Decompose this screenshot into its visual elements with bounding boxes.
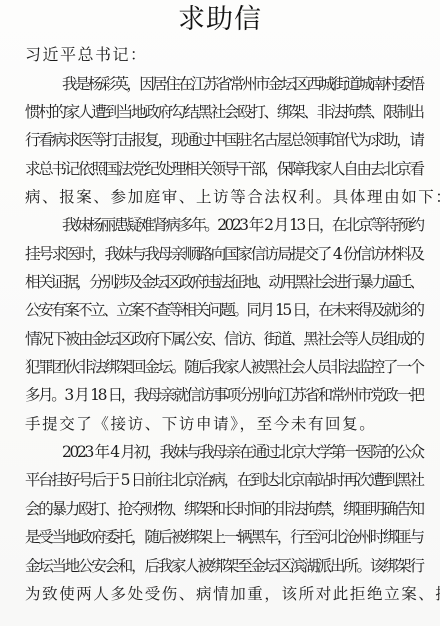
text-line: 会的暴力殴打、抢夺财物、绑架和长时间的非法拘禁，绑匪明确告知 <box>25 498 425 520</box>
text-line: 是受当地政府委托，随后被绑架上一辆黑车，行至河北沧州时绑匪与 <box>25 526 425 548</box>
text-line: 惯村的家人遭到当地政府勾结黑社会殴打、绑架、非法拘禁、限制出 <box>25 101 425 123</box>
text-line: 多月。3 月 18 日，我母亲就信访事项分别向江苏省和常州市党政一把 <box>25 384 425 406</box>
text-line: 手提交了《接访、下访申请》，至今未有回复。 <box>25 413 425 435</box>
salutation: 习近平总书记： <box>25 44 148 66</box>
text-line: 犯罪团伙非法绑架回金坛。随后我家人被黑社会人员非法监控了一个 <box>25 356 425 378</box>
letter-page: 求助信 习近平总书记： 我是杨彩英，因居住在江苏省常州市金坛区西城街道城南村委悟… <box>0 0 440 626</box>
text-line: 公安有案不立、立案不查等相关问题。同月 15 日，在未来得及就诊的 <box>25 299 425 321</box>
text-line: 我是杨彩英，因居住在江苏省常州市金坛区西城街道城南村委悟 <box>62 73 425 95</box>
text-line: 为致使两人多处受伤、病情加重，该所对此拒绝立案、拒绝验伤。 <box>25 583 425 605</box>
letter-title: 求助信 <box>0 3 440 37</box>
text-line: 病、报案、参加庭审、上访等合法权利。具体理由如下： <box>25 186 425 208</box>
text-line: 金坛当地公安会和，后我家人被绑架至金坛区滨湖派出所。该绑架行 <box>25 555 425 577</box>
text-line: 行看病求医等打击报复，现通过中国驻名古屋总领事馆代为求助，请 <box>25 129 425 151</box>
text-line: 2023 年 4 月初，我妹与我母亲在通过北京大学第一医院的公众 <box>62 441 425 463</box>
text-line: 情况下被由金坛区政府下属公安、信访、街道、黑社会等人员组成的 <box>25 328 425 350</box>
text-line: 相关证据，分别涉及金坛区政府违法征地、动用黑社会进行暴力逼迁、 <box>25 271 425 293</box>
text-line: 我妹杨丽患疑难肾病多年。2023 年 2 月 13 日，在北京等待预约 <box>62 214 425 236</box>
text-line: 挂号求医时，我妹与我母亲顺路向国家信访局提交了 4 份信访材料及 <box>25 243 425 265</box>
text-line: 平台挂好号后于 5 日前往北京治病，在到达北京南站时再次遭到黑社 <box>25 469 425 491</box>
text-line: 求总书记依照国法党纪处理相关领导干部，保障我家人自由去北京看 <box>25 158 425 180</box>
